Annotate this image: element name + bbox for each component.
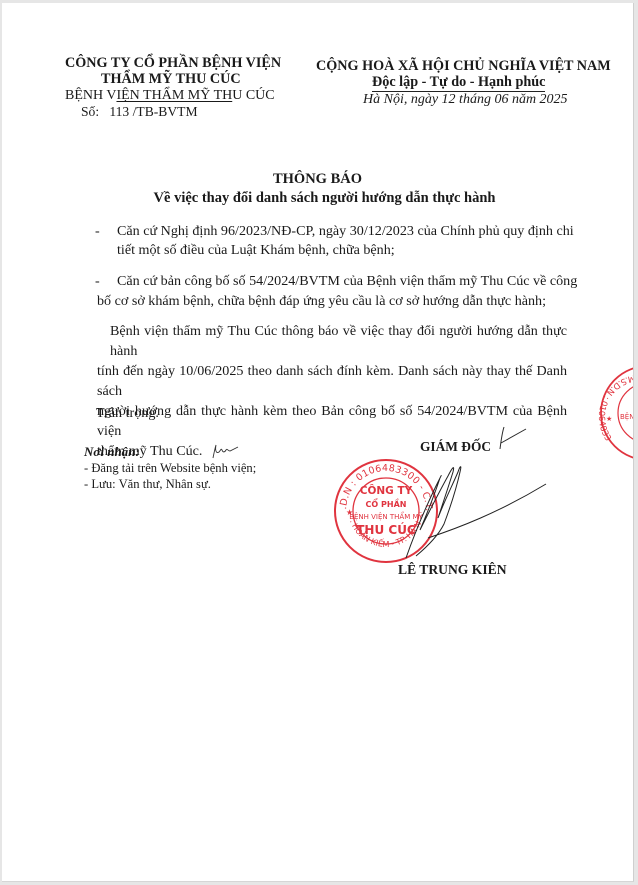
announcement-line: tính đến ngày 10/06/2025 theo danh sách … <box>97 361 567 401</box>
svg-text:BỆN: BỆN <box>620 412 633 421</box>
initial-signature-icon <box>210 443 240 459</box>
signer-name: LÊ TRUNG KIÊN <box>398 562 507 578</box>
edge-seal-stamp: M.S.D.N : 0106483300 - C.T.C.P BỆN ★ <box>598 363 633 463</box>
document-number: Số: 113 /TB-BVTM <box>81 104 198 120</box>
director-check-mark-icon <box>496 423 528 451</box>
hospital-name-prefix: BỆNH V <box>65 88 116 103</box>
place-and-date: Hà Nội, ngày 12 tháng 06 năm 2025 <box>363 92 568 108</box>
basis-1-line2: tiết một số điều của Luật Khám bệnh, chữ… <box>117 240 395 260</box>
basis-2-text: Căn cứ bản công bố số 54/2024/BVTM của B… <box>117 273 577 289</box>
hospital-name: BỆNH VIỆN THẨM MỸ THU CÚC <box>65 88 275 104</box>
bullet-dash: - <box>95 271 117 291</box>
company-name-line1: CÔNG TY CỔ PHẦN BỆNH VIỆN <box>65 55 281 72</box>
national-title: CỘNG HOÀ XÃ HỘI CHỦ NGHĨA VIỆT NAM <box>316 58 611 75</box>
director-signature-icon <box>398 458 548 568</box>
basis-1-text: Căn cứ Nghị định 96/2023/NĐ-CP, ngày 30/… <box>117 223 574 239</box>
svg-text:M.S.D.N : 0106483300 - C.T.C.P: M.S.D.N : 0106483300 - C.T.C.P <box>598 363 633 443</box>
hospital-name-underlined: IỆN THẨM MỸ TH <box>116 88 232 103</box>
recipient-item: - Đăng tải trên Website bệnh viện; <box>84 461 256 476</box>
announcement-line: Bệnh viện thẩm mỹ Thu Cúc thông báo về v… <box>97 321 567 361</box>
basis-1-line1: -Căn cứ Nghị định 96/2023/NĐ-CP, ngày 30… <box>95 221 574 241</box>
document-title: THÔNG BÁO <box>2 171 633 188</box>
signer-position: GIÁM ĐỐC <box>420 439 491 455</box>
bullet-dash: - <box>95 221 117 241</box>
company-name-line2: THẨM MỸ THU CÚC <box>101 71 241 88</box>
document-page: CÔNG TY CỔ PHẦN BỆNH VIỆN THẨM MỸ THU CÚ… <box>2 3 634 882</box>
basis-2-line1: -Căn cứ bản công bố số 54/2024/BVTM của … <box>95 271 577 291</box>
basis-2-line2: bố cơ sở khám bệnh, chữa bệnh đáp ứng yê… <box>97 291 546 311</box>
svg-text:★: ★ <box>606 415 612 423</box>
recipient-item: - Lưu: Văn thư, Nhân sự. <box>84 477 211 492</box>
hospital-name-suffix: U CÚC <box>232 88 274 103</box>
closing-regards: Trân trọng. <box>96 405 159 422</box>
document-subtitle: Về việc thay đổi danh sách người hướng d… <box>2 190 633 207</box>
recipients-label: Nơi nhận: <box>84 444 140 460</box>
national-motto: Độc lập - Tự do - Hạnh phúc <box>372 75 545 92</box>
